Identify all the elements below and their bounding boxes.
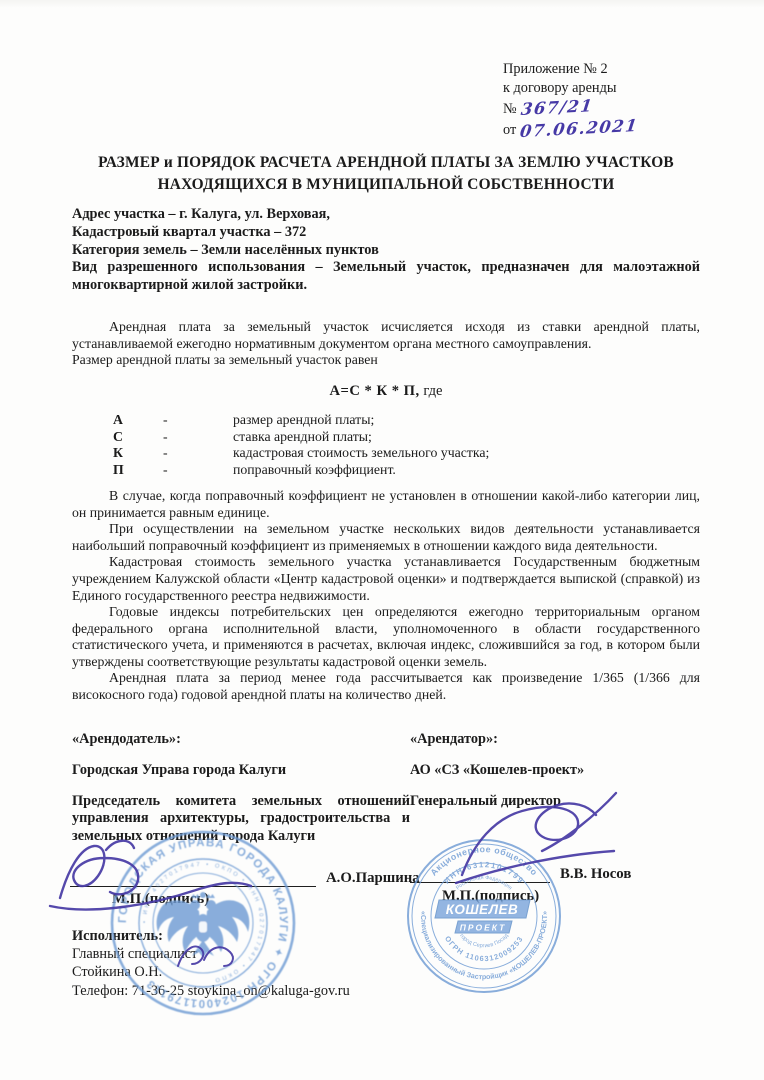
definition-row: К - кадастровая стоимость земельного уча… — [113, 445, 700, 462]
plot-permitted-use: Вид разрешенного использования – Земельн… — [72, 259, 700, 295]
definition-meaning: кадастровая стоимость земельного участка… — [233, 445, 700, 462]
paragraph: Арендная плата за период менее года расс… — [72, 670, 700, 703]
definition-dash: - — [163, 412, 233, 429]
definition-row: П - поправочный коэффициент. — [113, 462, 700, 479]
definition-dash: - — [163, 462, 233, 479]
title-line-1: РАЗМЕР и ПОРЯДОК РАСЧЕТА АРЕНДНОЙ ПЛАТЫ … — [72, 152, 700, 174]
annex-number-line: №367/21 — [503, 98, 700, 119]
formula-expression: А=С * К * П, — [330, 383, 420, 399]
annex-header: Приложение № 2 к договору аренды №367/21… — [503, 60, 700, 140]
executor-pen-signature — [170, 936, 245, 976]
handwritten-contract-number: 367/21 — [520, 96, 595, 119]
handwritten-contract-date: 07.06.2021 — [519, 116, 640, 141]
annex-line-1: Приложение № 2 — [503, 60, 700, 79]
landlord-pen-signature — [46, 836, 256, 916]
definition-meaning: размер арендной платы; — [233, 412, 700, 429]
paragraph: Кадастровая стоимость земельного участка… — [72, 554, 700, 604]
formula-definitions: А - размер арендной платы; С - ставка ар… — [113, 412, 700, 479]
definition-symbol: К — [113, 445, 163, 462]
tenant-stamp-city-arc: город Сергиев Посад — [458, 932, 510, 949]
tenant-role-label: «Арендатор»: — [410, 731, 700, 748]
intro-formula-lead: Размер арендной платы за земельный участ… — [72, 352, 700, 369]
annex-number-label: № — [503, 101, 517, 117]
paragraph: При осуществлении на земельном участке н… — [72, 521, 700, 554]
definition-meaning: ставка арендной платы; — [233, 429, 700, 446]
plot-address: Адрес участка – г. Калуга, ул. Верховая, — [72, 206, 700, 224]
formula-suffix: где — [420, 383, 443, 399]
koshelev-logo: КОШЕЛЕВ ПРОЕКТ — [435, 900, 530, 933]
definition-symbol: П — [113, 462, 163, 479]
annex-line-2: к договору аренды — [503, 79, 700, 98]
landlord-organization: Городская Управа города Калуги — [72, 762, 410, 779]
landlord-role-label: «Арендодатель»: — [72, 731, 410, 748]
document-title: РАЗМЕР и ПОРЯДОК РАСЧЕТА АРЕНДНОЙ ПЛАТЫ … — [72, 152, 700, 196]
intro-paragraph: Арендная плата за земельный участок исчи… — [72, 319, 700, 352]
koshelev-logo-line1: КОШЕЛЕВ — [446, 902, 519, 917]
definition-row: А - размер арендной платы; — [113, 412, 700, 429]
definition-meaning: поправочный коэффициент. — [233, 462, 700, 479]
body-paragraphs: В случае, когда поправочный коэффициент … — [72, 488, 700, 704]
rent-formula: А=С * К * П, где — [72, 383, 700, 400]
title-line-2: НАХОДЯЩИХСЯ В МУНИЦИПАЛЬНОЙ СОБСТВЕННОСТ… — [72, 174, 700, 196]
koshelev-logo-line2: ПРОЕКТ — [460, 923, 507, 933]
plot-cadastral-block: Кадастровый квартал участка – 372 — [72, 224, 700, 242]
annex-date-label: от — [503, 122, 516, 138]
intro-section: Арендная плата за земельный участок исчи… — [72, 319, 700, 369]
definition-row: С - ставка арендной платы; — [113, 429, 700, 446]
definition-dash: - — [163, 429, 233, 446]
plot-info: Адрес участка – г. Калуга, ул. Верховая,… — [72, 206, 700, 295]
definition-symbol: А — [113, 412, 163, 429]
tenant-pen-signature — [446, 791, 621, 899]
paragraph: В случае, когда поправочный коэффициент … — [72, 488, 700, 521]
annex-date-line: от07.06.2021 — [503, 119, 700, 140]
scanned-document-page: Приложение № 2 к договору аренды №367/21… — [0, 0, 764, 1080]
svg-text:город Сергиев Посад: город Сергиев Посад — [458, 932, 510, 949]
definition-symbol: С — [113, 429, 163, 446]
plot-land-category: Категория земель – Земли населённых пунк… — [72, 242, 700, 260]
definition-dash: - — [163, 445, 233, 462]
tenant-organization: АО «СЗ «Кошелев-проект» — [410, 762, 700, 779]
paragraph: Годовые индексы потребительских цен опре… — [72, 604, 700, 670]
